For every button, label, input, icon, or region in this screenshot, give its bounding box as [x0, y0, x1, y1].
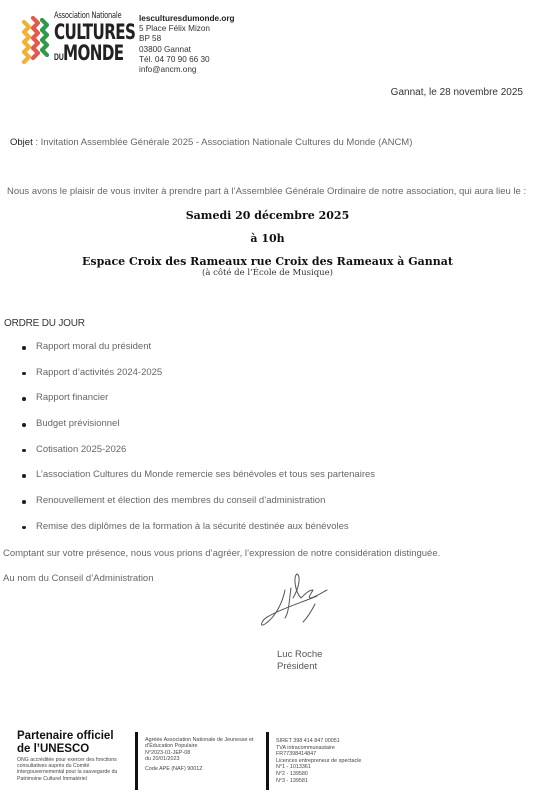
unesco-description: ONG accréditée pour exercer des fonction…: [17, 757, 132, 782]
agenda-item: Rapport moral du président: [22, 341, 375, 367]
agenda-item: Cotisation 2025-2026: [22, 444, 375, 470]
phone-number: Tél. 04 70 90 66 30: [139, 55, 235, 65]
unesco-title-line-1: Partenaire officiel: [17, 730, 132, 743]
logo-waves-icon: [18, 14, 54, 70]
website-link[interactable]: lesculturesdumonde.org: [139, 14, 235, 24]
ape-code: Code APE (NAF) 9001Z: [145, 766, 265, 772]
unesco-partner-block: Partenaire officiel de l’UNESCO ONG accr…: [17, 730, 132, 782]
legal-line: Licences entrepreneur de spectacle: [276, 758, 361, 765]
legal-line: N°1 - 1013361: [276, 764, 361, 771]
agenda-item: Rapport d’activités 2024-2025: [22, 367, 375, 393]
legal-info-block: SIRET 398 414 847 00051 TVA intracommuna…: [276, 738, 361, 784]
legal-line: TVA intracommunautaire: [276, 745, 361, 752]
letter-date: Gannat, le 28 novembre 2025: [391, 87, 523, 98]
subject-line: Objet : Invitation Assemblée Générale 20…: [10, 137, 412, 148]
subject-label: Objet: [10, 137, 33, 148]
agenda-item: Remise des diplômes de la formation à la…: [22, 521, 375, 547]
agenda-list: Rapport moral du président Rapport d’act…: [22, 341, 375, 547]
legal-line: SIRET 398 414 847 00051: [276, 738, 361, 745]
address-line-2: BP 58: [139, 34, 235, 44]
logo-line-monde: MONDE: [63, 43, 124, 64]
event-place-note: (à côté de l’École de Musique): [0, 268, 535, 278]
agenda-item: Renouvellement et élection des membres d…: [22, 495, 375, 521]
closing-paragraph: Comptant sur votre présence, nous vous p…: [3, 548, 440, 559]
intro-paragraph: Nous avons le plaisir de vous inviter à …: [7, 186, 526, 197]
address-line-1: 5 Place Félix Mizon: [139, 24, 235, 34]
signer-role: Président: [277, 661, 322, 673]
legal-line: N°2 - 139580: [276, 771, 361, 778]
logo-line-cultures: CULTURES: [54, 22, 135, 43]
event-place: Espace Croix des Rameaux rue Croix des R…: [0, 255, 535, 268]
agenda-item: Rapport financier: [22, 392, 375, 418]
footer-divider: [135, 732, 138, 790]
agenda-title: ORDRE DU JOUR: [4, 318, 85, 329]
signature-icon: [255, 568, 335, 633]
footer-divider: [266, 732, 269, 790]
signer-name: Luc Roche: [277, 649, 322, 661]
accreditation-line: du 20/01/2023: [145, 756, 265, 762]
accreditation-line: Agréée Association Nationale de Jeunesse…: [145, 737, 265, 750]
event-time: à 10h: [0, 232, 535, 245]
email-link[interactable]: info@ancm.ong: [139, 65, 235, 75]
contact-block: lesculturesdumonde.org 5 Place Félix Miz…: [139, 14, 235, 75]
legal-line: N°3 - 139581: [276, 778, 361, 785]
address-line-3: 03800 Gannat: [139, 45, 235, 55]
organization-logo: Association Nationale CULTURES DUMONDE: [18, 12, 138, 68]
accreditation-block: Agréée Association Nationale de Jeunesse…: [145, 737, 265, 772]
event-date: Samedi 20 décembre 2025: [0, 209, 535, 222]
agenda-item: Budget prévisionnel: [22, 418, 375, 444]
signer-block: Luc Roche Président: [277, 649, 322, 673]
subject-text: : Invitation Assemblée Générale 2025 - A…: [33, 137, 413, 148]
unesco-title-line-2: de l’UNESCO: [17, 743, 132, 756]
legal-line: FR77398414847: [276, 751, 361, 758]
agenda-item: L’association Cultures du Monde remercie…: [22, 469, 375, 495]
on-behalf-line: Au nom du Conseil d’Administration: [3, 573, 154, 584]
